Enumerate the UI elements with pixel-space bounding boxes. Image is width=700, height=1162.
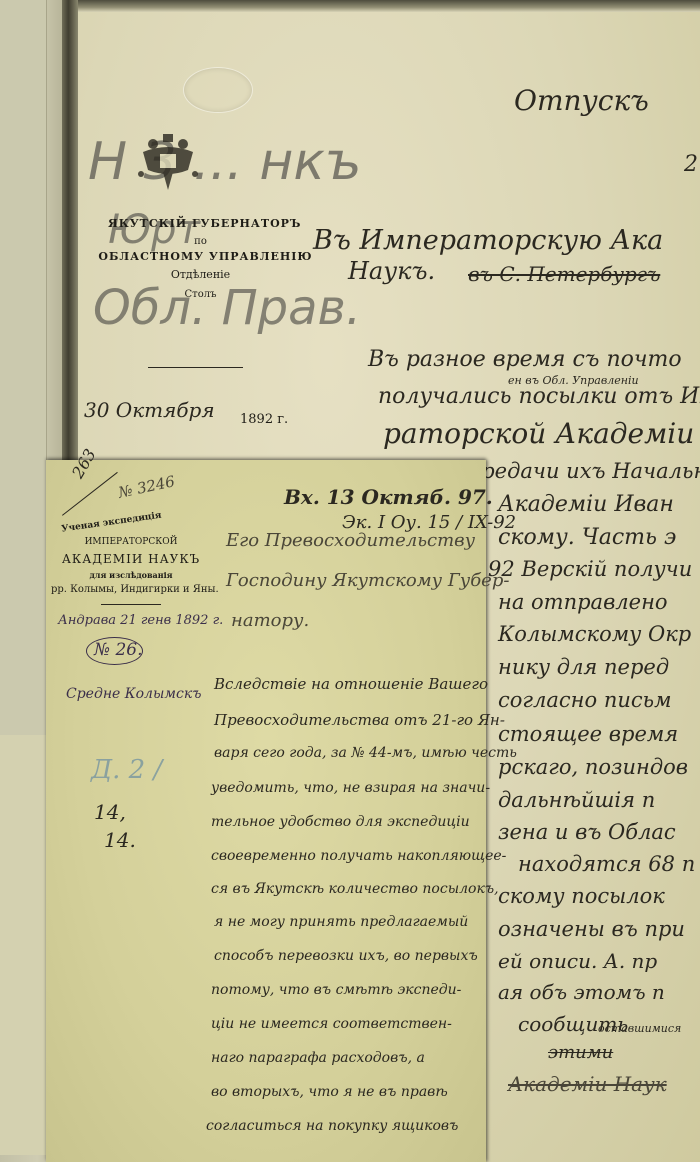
letterhead-line-1: ЯКУТСКІЙ ГУБЕРНАТОРЪ [108,217,293,230]
addressee-struck-text: въ С. Петербургъ [468,262,660,286]
back-insert-oставшимися: оставшимися [598,1022,681,1035]
front-body-line-2: Превосходительства отъ 21-го Ян- [214,711,505,729]
letter-number: № 26. [94,640,143,660]
corner-slash [62,472,118,516]
front-letterhead-line-3: АКАДЕМІИ НАУКЪ [56,552,206,566]
front-letterhead-line-1: Ученая экспедиція [61,511,156,534]
front-body-line-3: варя сего года, за № 44-мъ, имѣю честь [214,745,517,761]
front-body-line-5: тельное удобство для экспедиціи [211,814,470,830]
front-body-line-8: я не могу принять предлагаемый [214,914,468,930]
front-body-line-6: своевременно получать накопляющее- [211,848,506,864]
addressee-line-1: Въ Императорскую Ака [313,225,663,256]
back-body-line-2: получались посылки отъ Им [378,384,700,409]
back-body-line-11: согласно письм [498,688,671,712]
pencil-note-1: Н 3 ... нкъ [88,132,362,192]
back-body-line-3: раторской Академіи [383,417,694,450]
front-letterhead-line-5: рр. Колымы, Индигирки и Яны. [51,584,211,595]
back-body-line-9: Колымскому Окр [498,622,691,646]
front-body-line-1: Вследствіе на отношеніе Вашего [214,675,488,693]
back-body-line-8: на отправлено [498,590,668,614]
back-body-line-19: ей описи. А. пр [498,949,657,973]
front-body-line-4: уведомить, что, не взирая на значи- [211,780,490,796]
salutation-line-1: Его Превосходительству [226,530,475,551]
back-body-line-16: находятся 68 п [518,852,695,876]
salutation-line-2: Господину Якутскому Губер- [226,570,509,591]
front-letter-sheet: 263 № 3246 Ученая экспедиція ИМПЕРАТОРСК… [46,460,486,1162]
pencil-fraction-bottom: 14. [104,828,136,852]
pencil-fraction-top: 14, [94,800,126,824]
back-body-line-7: 92 Верскій получи [488,557,692,581]
receipt-stamp-line-1: Вх. 13 Октяб. 97. [284,485,493,509]
back-date-year: 1892 г. [240,412,288,427]
corner-mark: 2 [684,152,698,177]
back-body-line-6: скому. Часть э [498,525,676,550]
back-body-line-23: Академіи Наук [508,1072,667,1096]
back-body-line-20: ая объ этомъ п [498,980,665,1004]
registry-number: № 3246 [117,472,177,501]
back-body-line-12: стоящее время [498,722,678,746]
left-inner-sheet [0,0,47,736]
addressee-line-2: Наукъ. [348,257,435,285]
front-body-line-14: согласиться на покупку ящиковъ [206,1118,458,1134]
letterhead-line-5: Столъ [108,289,293,300]
back-body-line-17: скому посылок [498,884,665,908]
back-struck-word: этими [548,1042,613,1063]
double-headed-eagle-icon [133,132,203,192]
embossed-seal [183,67,253,113]
front-body-line-13: во вторыхъ, что я не въ правѣ [211,1084,448,1100]
front-body-line-9: способъ перевозки ихъ, во первыхъ [214,948,478,964]
front-letterhead-line-4: для изслѣдованія [61,570,201,580]
letterhead-line-3: ОБЛАСТНОМУ УПРАВЛЕНІЮ [98,250,313,263]
letterhead-divider [148,367,243,368]
back-body-line-1: Въ разное время съ почто [368,347,682,372]
back-body-line-5: Академіи Иван [498,492,674,517]
front-letterhead-divider [101,604,161,605]
back-body-line-14: дальнѣйшія п [498,788,655,812]
letterhead-line-4: Отдѣленіе [108,268,293,281]
back-body-line-18: означены въ при [498,917,685,941]
back-body-line-10: нику для перед [498,655,669,679]
left-lower-sheet [0,735,46,1155]
back-body-line-15: зена и въ Облас [498,820,676,844]
back-body-line-13: рскаго, позиндов [498,755,688,779]
letterhead-line-2: по [108,236,293,247]
blue-pencil-note: Д. 2 / [91,755,162,785]
otpusk-header: Отпускъ [514,84,649,117]
front-letterhead-line-2: ИМПЕРАТОРСКОЙ [61,537,201,547]
margin-note-srednekolymsk: Средне Колымскъ [66,686,202,702]
salutation-line-3: натору. [231,610,309,631]
front-body-line-7: ся въ Якутскѣ количество посылокъ, [211,881,499,897]
front-body-line-12: наго параграфа расходовъ, а [211,1050,425,1066]
top-page-edge [78,0,700,12]
front-body-line-11: ціи не имеется соответствен- [211,1016,452,1032]
place-date: Андрава 21 генв 1892 г. [58,613,223,628]
back-date-handwritten: 30 Октября [84,398,215,422]
front-body-line-10: потому, что въ смѣтѣ экспеди- [211,982,461,998]
